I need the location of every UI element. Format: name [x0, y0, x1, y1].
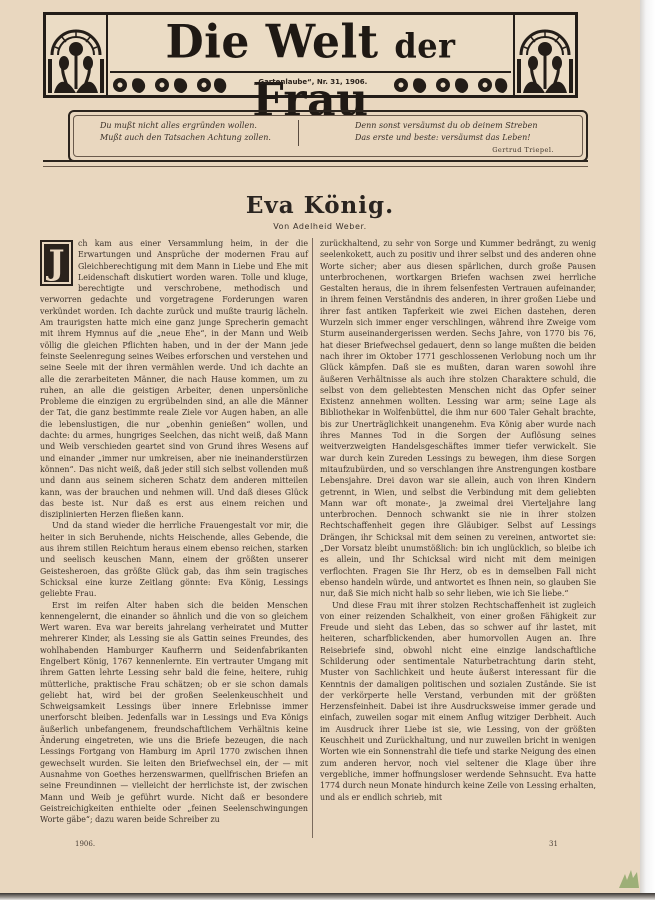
- drop-cap: J: [40, 240, 73, 286]
- article-title: Eva König.: [0, 192, 640, 219]
- page-number: 31: [549, 840, 558, 848]
- scan-shadow: [0, 893, 655, 900]
- page-edge: [640, 0, 655, 900]
- motto-divider: [298, 120, 299, 146]
- column-divider: [312, 238, 313, 838]
- paragraph: zurückhaltend, zu sehr von Sorge und Kum…: [320, 238, 596, 600]
- motto-left: Du mußt nicht alles ergründen wollen. Mu…: [100, 120, 271, 144]
- motto-line: Mußt auch den Tatsachen Achtung zollen.: [100, 132, 271, 144]
- paragraph: Und diese Frau mit ihrer stolzen Rechtsc…: [320, 600, 596, 803]
- masthead-title: Die Welt der Frau: [112, 16, 509, 71]
- article-column-right: zurückhaltend, zu sehr von Sorge und Kum…: [320, 238, 596, 803]
- masthead: Die Welt der Frau „Gartenlaube“, Nr. 31,…: [43, 12, 578, 98]
- motto-right: Denn sonst versäumst du ob deinem Strebe…: [355, 120, 537, 144]
- article-column-left: J ch kam aus einer Versammlung heim, in …: [40, 238, 308, 825]
- library-stamp-icon: [617, 862, 641, 892]
- paragraph: Erst im reifen Alter haben sich die beid…: [40, 600, 308, 826]
- motto-line: Denn sonst versäumst du ob deinem Strebe…: [355, 120, 537, 132]
- frieze-ornament-icon: [110, 75, 230, 95]
- article-byline: Von Adelheid Weber.: [0, 222, 640, 231]
- motto-box: Du mußt nicht alles ergründen wollen. Mu…: [68, 110, 588, 162]
- title-part: der: [394, 26, 455, 66]
- floral-ornament-icon: [513, 15, 575, 95]
- paragraph: Und da stand wieder die herrliche Frauen…: [40, 520, 308, 599]
- motto-line: Du mußt nicht alles ergründen wollen.: [100, 120, 271, 132]
- folio-year: 1906.: [75, 840, 95, 848]
- motto-author: Gertrud Triepel.: [492, 146, 554, 154]
- newspaper-page: Die Welt der Frau „Gartenlaube“, Nr. 31,…: [0, 0, 640, 893]
- paragraph: ch kam aus einer Versammlung heim, in de…: [40, 238, 308, 520]
- issue-line: „Gartenlaube“, Nr. 31, 1906.: [240, 78, 381, 86]
- masthead-band: „Gartenlaube“, Nr. 31, 1906.: [110, 71, 511, 97]
- masthead-rule: [43, 160, 588, 167]
- floral-ornament-icon: [46, 15, 108, 95]
- frieze-ornament-icon: [391, 75, 511, 95]
- motto-line: Das erste und beste: versäumst das Leben…: [355, 132, 537, 144]
- title-part: Die Welt: [166, 16, 395, 70]
